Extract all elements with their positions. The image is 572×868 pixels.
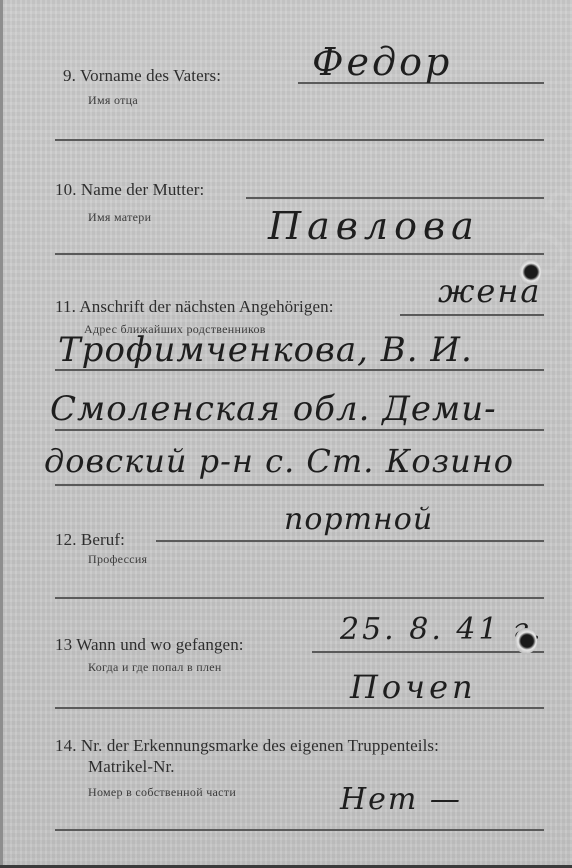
field-12-label-ru: Профессия xyxy=(88,552,147,567)
document-page: OBD 9. Vorname des Vaters: Имя отца Федо… xyxy=(0,0,572,868)
field-13-rule-2 xyxy=(55,707,544,709)
field-10-label-de-text: Name der Mutter: xyxy=(81,180,204,199)
field-13-label-ru: Когда и где попал в плен xyxy=(88,660,222,675)
field-14-label-de-text: Nr. der Erkennungsmarke des eigenen Trup… xyxy=(81,736,439,755)
field-9-value: Федор xyxy=(312,40,452,84)
field-9-label-de-text: Vorname des Vaters: xyxy=(80,66,221,85)
field-11-rule-4 xyxy=(55,484,544,486)
field-9-label-de: 9. Vorname des Vaters: xyxy=(63,66,221,86)
field-11-number: 11. xyxy=(55,297,76,316)
field-12-label-de-text: Beruf: xyxy=(81,530,125,549)
field-13-rule-1 xyxy=(312,651,544,653)
field-11-value-line-3: Смоленская обл. Деми- xyxy=(50,389,497,429)
field-11-label-de-text: Anschrift der nächsten Angehörigen: xyxy=(79,297,333,316)
field-11-rule-1 xyxy=(400,314,544,316)
field-14-number: 14. xyxy=(55,736,77,755)
punch-hole-2 xyxy=(515,628,537,654)
field-9-rule-2 xyxy=(55,139,544,141)
field-13-label-de-text: Wann und wo gefangen: xyxy=(76,635,243,654)
field-10-rule-2 xyxy=(55,253,544,255)
field-12-value: портной xyxy=(284,502,433,537)
field-13-value-line-2: Почеп xyxy=(350,668,477,706)
field-14-value: Нет — xyxy=(340,782,462,817)
field-14-label-de: 14. Nr. der Erkennungsmarke des eigenen … xyxy=(55,736,439,756)
field-14-label-ru: Номер в собственной части xyxy=(88,785,236,800)
field-14-rule xyxy=(55,829,544,831)
field-13-value-line-1: 25. 8. 41 г. xyxy=(340,612,544,647)
field-10-number: 10. xyxy=(55,180,77,199)
field-11-value-line-1: жена xyxy=(438,272,541,310)
field-9-number: 9. xyxy=(63,66,76,85)
field-11-rule-3 xyxy=(55,429,544,431)
paper-edge-left xyxy=(0,0,3,868)
field-12-rule-1 xyxy=(156,540,544,542)
field-11-value-line-4: довский р-н с. Ст. Козино xyxy=(44,442,514,480)
field-10-label-ru: Имя матери xyxy=(88,210,151,225)
field-13-label-de: 13 Wann und wo gefangen: xyxy=(55,635,244,655)
field-13-number: 13 xyxy=(55,635,72,654)
field-11-label-de: 11. Anschrift der nächsten Angehörigen: xyxy=(55,297,334,317)
field-12-rule-2 xyxy=(55,597,544,599)
field-10-label-de: 10. Name der Mutter: xyxy=(55,180,204,200)
field-10-rule-1 xyxy=(246,197,544,199)
field-12-label-de: 12. Beruf: xyxy=(55,530,125,550)
field-11-value-line-2: Трофимченкова, В. И. xyxy=(58,330,473,370)
field-9-label-ru: Имя отца xyxy=(88,93,138,108)
field-14-label-de-line2: Matrikel-Nr. xyxy=(88,757,175,777)
field-12-number: 12. xyxy=(55,530,77,549)
field-10-value: Павлова xyxy=(268,204,480,248)
